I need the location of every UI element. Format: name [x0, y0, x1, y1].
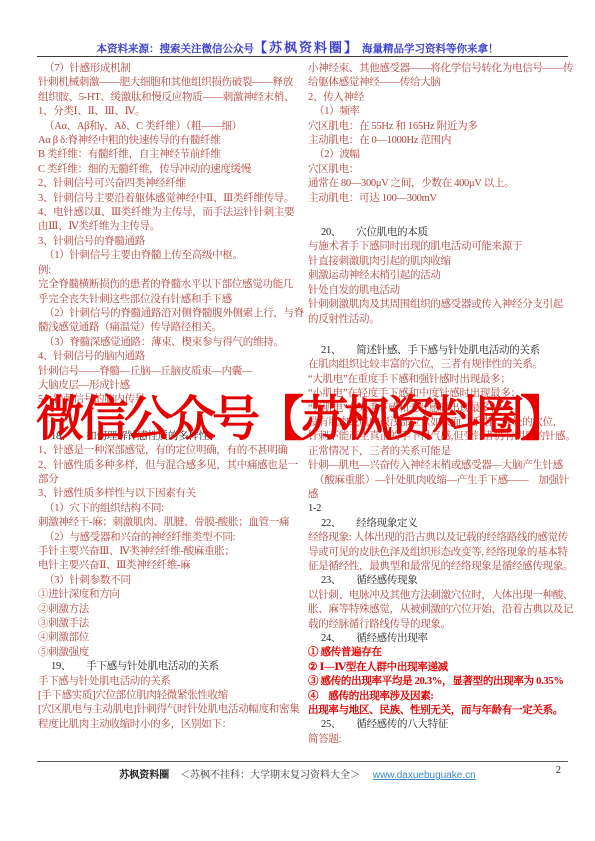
- header-notice-prefix: 本资料来源：搜索关注微信公众号: [97, 43, 255, 55]
- text-line: 出现率与地区、民族、性别无关，而与年龄有一定关系。: [308, 704, 570, 718]
- text-line: 针处自发的肌电活动: [308, 284, 570, 298]
- text-line: 髓浅感觉通路（痛温觉）传导路径相关。: [38, 321, 300, 335]
- section-heading: 23、 循经感传现象: [308, 574, 570, 588]
- text-line: 针直接刺激肌肉引起的肌肉收缩: [308, 255, 570, 269]
- text-line: 通常在 80—300μV 之间，少数在 400μV 以上。: [308, 177, 570, 191]
- text-line: Aα β δ:脊神经中粗的快速传导的有髓纤维: [38, 134, 300, 148]
- text-line: ③刺激手法: [38, 617, 300, 631]
- text-line: 完全脊髓横断损伤的患者的脊髓水平以下部位感觉功能几: [38, 278, 300, 292]
- text-line: （3）脊髓深感觉通路：薄束、楔束参与得气的维持。: [38, 336, 300, 350]
- text-line: ② Ⅰ—Ⅳ型在人群中出现率递减: [308, 661, 570, 675]
- text-line: 电针主要兴奋Ⅱ、Ⅲ类神经纤维-麻: [38, 559, 300, 573]
- text-line: （2）与感受器和兴奋的神经纤维类型不同:: [38, 531, 300, 545]
- section-heading: 25、 循经感传的八大特征: [308, 718, 570, 732]
- footer-brand: 苏枫资料圈: [119, 770, 169, 781]
- footer-url-link[interactable]: www.daxuebuguake.cn: [373, 770, 476, 781]
- text-line: 主动肌电：在 0—1000Hz 范围内: [308, 134, 570, 148]
- text-line: ① 感传普遍存在: [308, 646, 570, 660]
- text-line: ⑤刺激强度: [38, 646, 300, 660]
- text-line: 部分: [38, 473, 300, 487]
- text-line: （1）穴下的组织结构不同:: [38, 502, 300, 516]
- text-line: 简答题:: [308, 733, 570, 747]
- text-line: [穴区肌电与主动肌电]针刺得气时针处肌电活动幅度和密集: [38, 703, 300, 717]
- text-line: （酸麻重胀）—针处肌肉收缩—产生手下感—— 加强针: [308, 474, 570, 488]
- text-line: 针刺刺激肌肉及其周围组织的感受器或传入神经分支引起: [308, 298, 570, 312]
- text-line: 针刺—肌电—兴奋传入神经末梢或感受器—大脑产生针感: [308, 459, 570, 473]
- text-line: 针刺信号——脊髓—丘脑—丘脑皮质束—内囊—: [38, 365, 300, 379]
- text-line: ①进针深度和方向: [38, 588, 300, 602]
- header-divider: [37, 56, 568, 57]
- text-line: （1）频率: [308, 105, 570, 119]
- text-line: 乎完全丧失针刺这些部位没有针感和手下感: [38, 293, 300, 307]
- section-heading: 22、 经络现象定义: [308, 517, 570, 531]
- text-line: （7）针感形成机制: [38, 62, 300, 76]
- text-line: 以针刺、电脉冲及其他方法刺激穴位时，人体出现一种酸、: [308, 589, 570, 603]
- text-line: 组织胺、5-HT、缓激肽和慢反应物质——刺激神经末梢、: [38, 91, 300, 105]
- text-line: 在肌肉组织比较丰富的穴位，三者有规律性的关系。: [308, 358, 570, 372]
- text-line: 手针主要兴奋Ⅲ、Ⅳ类神经纤维-酸麻重胀；: [38, 545, 300, 559]
- text-line: 感: [308, 488, 570, 502]
- text-line: 3、针刺信号的脊髓通路: [38, 235, 300, 249]
- text-line: 4、电针感以Ⅱ、Ⅲ类纤维为主传导，而手法运针针刺主要: [38, 206, 300, 220]
- header-brand: 【苏枫资料圈】: [254, 40, 359, 55]
- text-line: （2）波幅: [308, 148, 570, 162]
- footer-divider: [37, 761, 568, 762]
- text-line: 手下感与针处肌电活动的关系: [38, 675, 300, 689]
- text-line: ②刺激方法: [38, 603, 300, 617]
- text-line: ③ 感传的出现率平均是 20.3%，显著型的出现率为 0.35%: [308, 675, 570, 689]
- text-line: （3）针刺参数不同: [38, 574, 300, 588]
- text-line: 2、针感性质多种多样，但与混合感多见，其中痛感也是一: [38, 459, 300, 473]
- text-line: （Aα、Aβ和γ、Aδ、C 类纤维）（粗——细）: [38, 120, 300, 134]
- text-line: 3、针感性质多样性与以下因素有关: [38, 487, 300, 501]
- text-line: 与施术者手下感同时出现的肌电活动可能来源于: [308, 240, 570, 254]
- text-line: 小神经束、其他感受器——将化学信号转化为电信号——传: [308, 62, 570, 76]
- text-line: 2、针刺信号可兴奋四类神经纤维: [38, 177, 300, 191]
- text-line: ④ 感传的出现率涉及因素:: [308, 690, 570, 704]
- text-line: 刺激运动神经末梢引起的活动: [308, 269, 570, 283]
- text-line: 例:: [38, 264, 300, 278]
- text-line: 针刺机械刺激——肥大细胞和其他组织损伤破裂——释放: [38, 76, 300, 90]
- text-line: ④刺激部位: [38, 631, 300, 645]
- text-line: 4、针刺信号的脑内通路: [38, 350, 300, 364]
- text-line: 3、针刺信号主要沿着躯体感觉神经中Ⅱ、Ⅲ类纤维传导。: [38, 192, 300, 206]
- section-heading: 20、 穴位肌电的本质: [308, 226, 570, 240]
- section-heading: 19、 手下感与针处肌电活动的关系: [38, 660, 300, 674]
- footer-subtitle: ＜苏枫不挂科：大学期末复习资料大全＞: [180, 770, 360, 781]
- text-line: 由Ⅲ、Ⅳ类纤维为主传导。: [38, 220, 300, 234]
- text-line: 征是循经性，最典型和最常见的经络现象是循经感传现象。: [308, 560, 570, 574]
- text-line: 经络现象: 人体出现的沿古典以及记载的经络路线的感觉传: [308, 531, 570, 545]
- text-line: 主动肌电：可达 100—300mV: [308, 192, 570, 206]
- text-line: [手下感实质]穴位部位肌肉轻微紧张性收缩: [38, 689, 300, 703]
- footer: 苏枫资料圈 ＜苏枫不挂科：大学期末复习资料大全＞ www.daxuebuguak…: [0, 766, 595, 781]
- text-line: （2）针刺信号的脊髓通路沿对侧脊髓腹外侧索上行，与脊: [38, 307, 300, 321]
- text-line: 穴区肌电：: [308, 163, 570, 177]
- text-line: 给躯体感觉神经——传给大脑: [308, 76, 570, 90]
- text-line: 1、分类Ⅰ、Ⅱ、Ⅲ、Ⅳ。: [38, 105, 300, 119]
- section-heading: 21、 简述针感、手下感与针处肌电活动的关系: [308, 344, 570, 358]
- text-line: 载的经脉循行路线传导的现象。: [308, 618, 570, 632]
- header-source-notice: 本资料来源：搜索关注微信公众号【苏枫资料圈】 海量精品学习资料等你来拿！: [0, 37, 595, 56]
- page-number: 2: [556, 765, 561, 776]
- text-line: 胀、麻等特殊感觉，从被刺激的穴位开始，沿着古典以及记: [308, 603, 570, 617]
- text-line: 导或可见的皮肤色泽及组织形态改变等, 经络现象的基本特: [308, 546, 570, 560]
- text-line: 刺激神经干-麻；刺激肌肉、肌腱、骨膜-酸胀；血管一痛: [38, 516, 300, 530]
- section-heading: 1-2: [308, 502, 570, 516]
- text-line: B 类纤维：有髓纤维，自主神经节前纤维: [38, 148, 300, 162]
- text-line: 2、传入神经: [308, 91, 570, 105]
- text-line: 程度比肌肉主动收缩时小的多，区别如下：: [38, 718, 300, 732]
- text-line: C 类纤维：细的无髓纤维，传导冲动的速度缓慢: [38, 163, 300, 177]
- header-notice-suffix: 海量精品学习资料等你来拿！: [362, 43, 499, 55]
- text-line: 的反射性活动。: [308, 313, 570, 327]
- text-line: （1）针刺信号主要由脊髓上传至高级中枢。: [38, 249, 300, 263]
- section-heading: 24、 循经感传出现率: [308, 632, 570, 646]
- text-line: 穴区肌电：在 55Hz 和 165Hz 附近为多: [308, 120, 570, 134]
- watermark-text: 微信公众号【苏枫资料圈】: [36, 380, 564, 449]
